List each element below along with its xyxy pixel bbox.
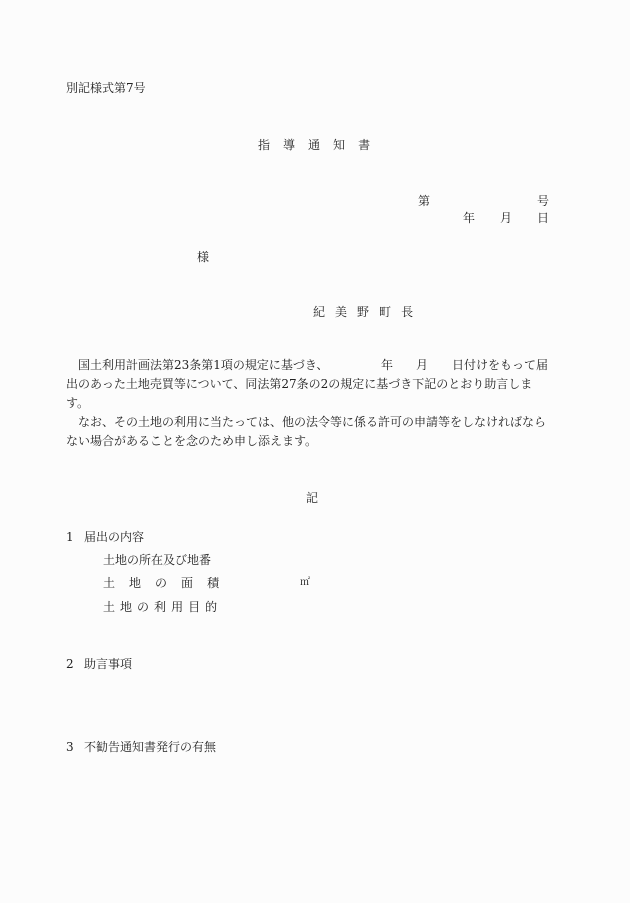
- label-char: 面: [181, 575, 193, 591]
- body-line-4: なお、その土地の利用に当たっては、他の法令等に係る許可の申請等をしなければなら: [66, 414, 546, 430]
- label-char: 的: [205, 599, 217, 615]
- title-char: 書: [358, 137, 370, 153]
- label-char: 土: [103, 575, 115, 591]
- title-char: 指: [258, 137, 270, 153]
- label-char: 目: [188, 599, 200, 615]
- section-number: 1: [66, 529, 84, 545]
- label-char: 土: [103, 599, 115, 615]
- body-line-2: 出のあった土地売買等について、同法第27条の2の規定に基づき下記のとおり助言しま: [66, 376, 532, 392]
- body-line-1-year: 年: [381, 357, 393, 373]
- ki-heading: 記: [306, 490, 318, 506]
- issuer-char: 美: [335, 304, 347, 320]
- date-month-label: 月: [500, 210, 512, 226]
- section-number: 2: [66, 656, 84, 672]
- doc-number-prefix: 第: [418, 193, 430, 209]
- issuer-name: 紀美野町長: [313, 304, 423, 320]
- body-line-1-end: 日付けをもって届: [452, 357, 548, 373]
- title-char: 知: [333, 137, 345, 153]
- label-char: の: [137, 599, 149, 615]
- label-char: 地: [129, 575, 141, 591]
- section-number: 3: [66, 739, 84, 755]
- doc-number-suffix: 号: [537, 193, 549, 209]
- section-title: 不勧告通知書発行の有無: [84, 740, 216, 754]
- title-char: 通: [308, 137, 320, 153]
- title-char: 導: [283, 137, 295, 153]
- label-char: の: [155, 575, 167, 591]
- form-number: 別記様式第7号: [66, 80, 146, 96]
- area-unit: ㎡: [300, 575, 310, 591]
- document-title: 指導通知書: [258, 137, 383, 153]
- section-3-heading: 3不勧告通知書発行の有無: [66, 739, 216, 755]
- issuer-char: 野: [357, 304, 369, 320]
- section-title: 助言事項: [84, 657, 132, 671]
- section-1-heading: 1届出の内容: [66, 529, 144, 545]
- land-location-label: 土地の所在及び地番: [103, 552, 211, 568]
- body-line-5: ない場合があることを念のため申し添えます。: [66, 433, 317, 449]
- label-char: 利: [154, 599, 166, 615]
- recipient-honorific: 様: [197, 249, 209, 265]
- land-use-purpose-label: 土地の利用目的: [103, 599, 222, 615]
- date-year-label: 年: [463, 210, 475, 226]
- date-day-label: 日: [537, 210, 549, 226]
- section-2-heading: 2助言事項: [66, 656, 132, 672]
- issuer-char: 長: [401, 304, 413, 320]
- label-char: 地: [120, 599, 132, 615]
- section-title: 届出の内容: [84, 530, 144, 544]
- body-line-1-start: 国土利用計画法第23条第1項の規定に基づき、: [66, 357, 328, 373]
- body-line-3: す。: [66, 395, 89, 411]
- issuer-char: 紀: [313, 304, 325, 320]
- label-char: 用: [171, 599, 183, 615]
- issuer-char: 町: [379, 304, 391, 320]
- label-char: 積: [207, 575, 219, 591]
- body-line-1-month: 月: [416, 357, 428, 373]
- land-area-label: 土地の面積: [103, 575, 233, 591]
